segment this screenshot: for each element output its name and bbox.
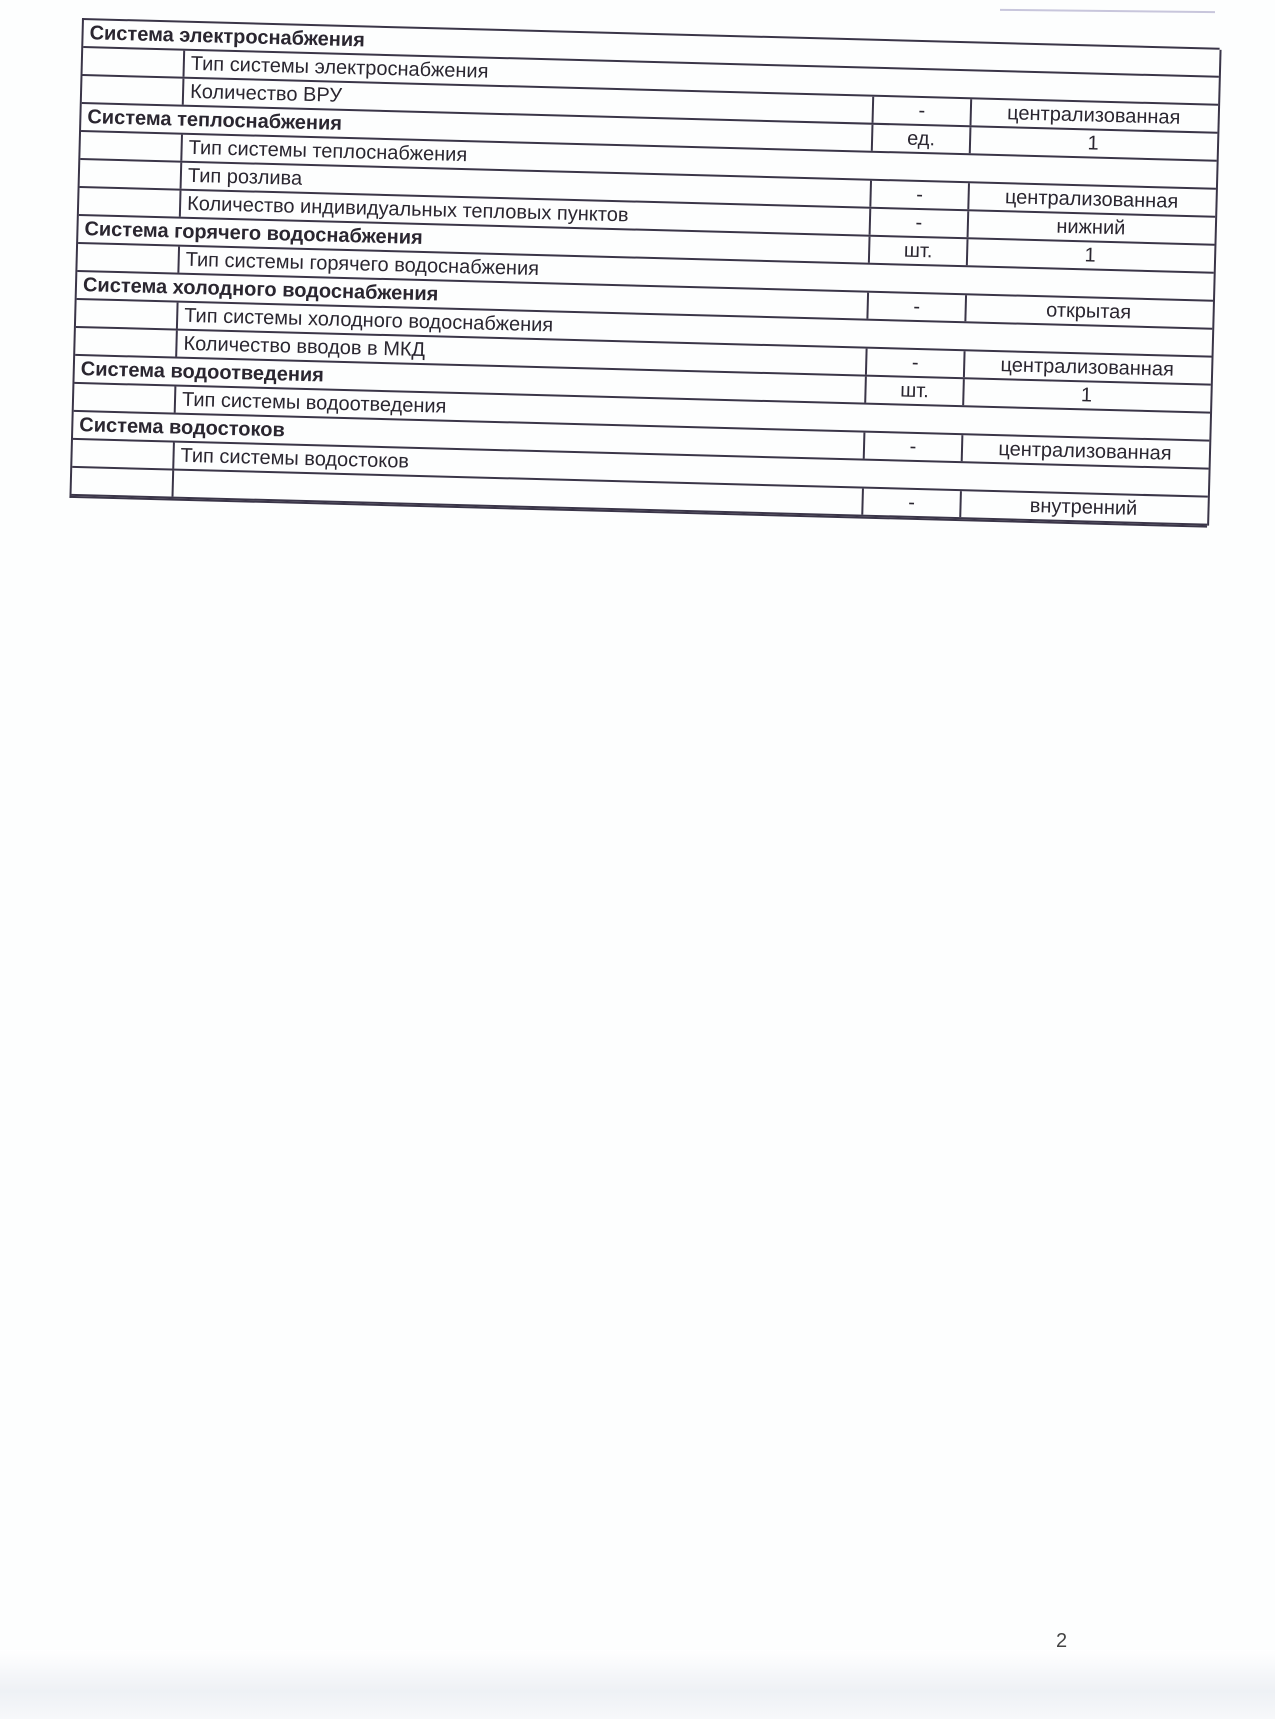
unit-cell: - bbox=[866, 293, 967, 322]
value-row: -внутренний bbox=[861, 489, 1208, 524]
unit-cell: - bbox=[869, 209, 970, 238]
unit-cell: - bbox=[869, 181, 970, 210]
unit-cell: - bbox=[865, 349, 966, 378]
scan-edge bbox=[1000, 9, 1215, 13]
unit-cell: шт. bbox=[864, 377, 965, 406]
value-cell: централизованная bbox=[963, 351, 1212, 383]
indent-cell bbox=[77, 244, 180, 273]
row-label: Количество ВРУ bbox=[190, 79, 343, 109]
row-label: Тип розлива bbox=[188, 163, 303, 192]
section-title: Система водостоков bbox=[73, 412, 285, 444]
indent-cell bbox=[75, 328, 178, 357]
indent-cell bbox=[76, 300, 179, 329]
value-cell: внутренний bbox=[959, 491, 1208, 523]
indent-cell bbox=[83, 48, 186, 77]
indent-cell bbox=[72, 440, 175, 469]
document-table: Система электроснабженияТип системы элек… bbox=[69, 18, 1219, 528]
row-label: Тип системы водоотведения bbox=[182, 387, 447, 420]
indent-cell bbox=[80, 160, 183, 189]
indent-cell bbox=[82, 76, 185, 105]
row-label: Количество вводов в МКД bbox=[183, 331, 425, 363]
value-cell: централизованная bbox=[967, 183, 1216, 215]
unit-cell: - bbox=[861, 489, 962, 518]
unit-cell: - bbox=[872, 97, 973, 126]
unit-cell: шт. bbox=[868, 237, 969, 266]
value-cell: 1 bbox=[966, 239, 1215, 271]
section-title: Система водоотведения bbox=[74, 356, 324, 389]
table-grid: Система электроснабженияТип системы элек… bbox=[69, 18, 1219, 528]
value-cell: открытая bbox=[964, 295, 1213, 327]
unit-cell: ед. bbox=[871, 125, 972, 154]
value-row: -открытая bbox=[866, 293, 1213, 328]
indent-cell bbox=[72, 468, 175, 497]
value-cell: 1 bbox=[969, 127, 1218, 159]
value-cell: нижний bbox=[967, 211, 1216, 243]
value-cell: централизованная bbox=[961, 435, 1210, 467]
section-title: Система теплоснабжения bbox=[81, 104, 342, 137]
row-label: Тип системы водостоков bbox=[180, 443, 409, 475]
values-column: -централизованнаяед.1-централизованная-н… bbox=[861, 41, 1221, 526]
scan-shadow bbox=[0, 1650, 1275, 1719]
value-cell: централизованная bbox=[969, 99, 1218, 131]
indent-cell bbox=[80, 132, 183, 161]
indent-cell bbox=[79, 188, 182, 217]
indent-cell bbox=[74, 384, 177, 413]
unit-cell: - bbox=[863, 433, 964, 462]
value-cell: 1 bbox=[962, 379, 1211, 411]
value-row: -централизованная bbox=[863, 433, 1210, 468]
